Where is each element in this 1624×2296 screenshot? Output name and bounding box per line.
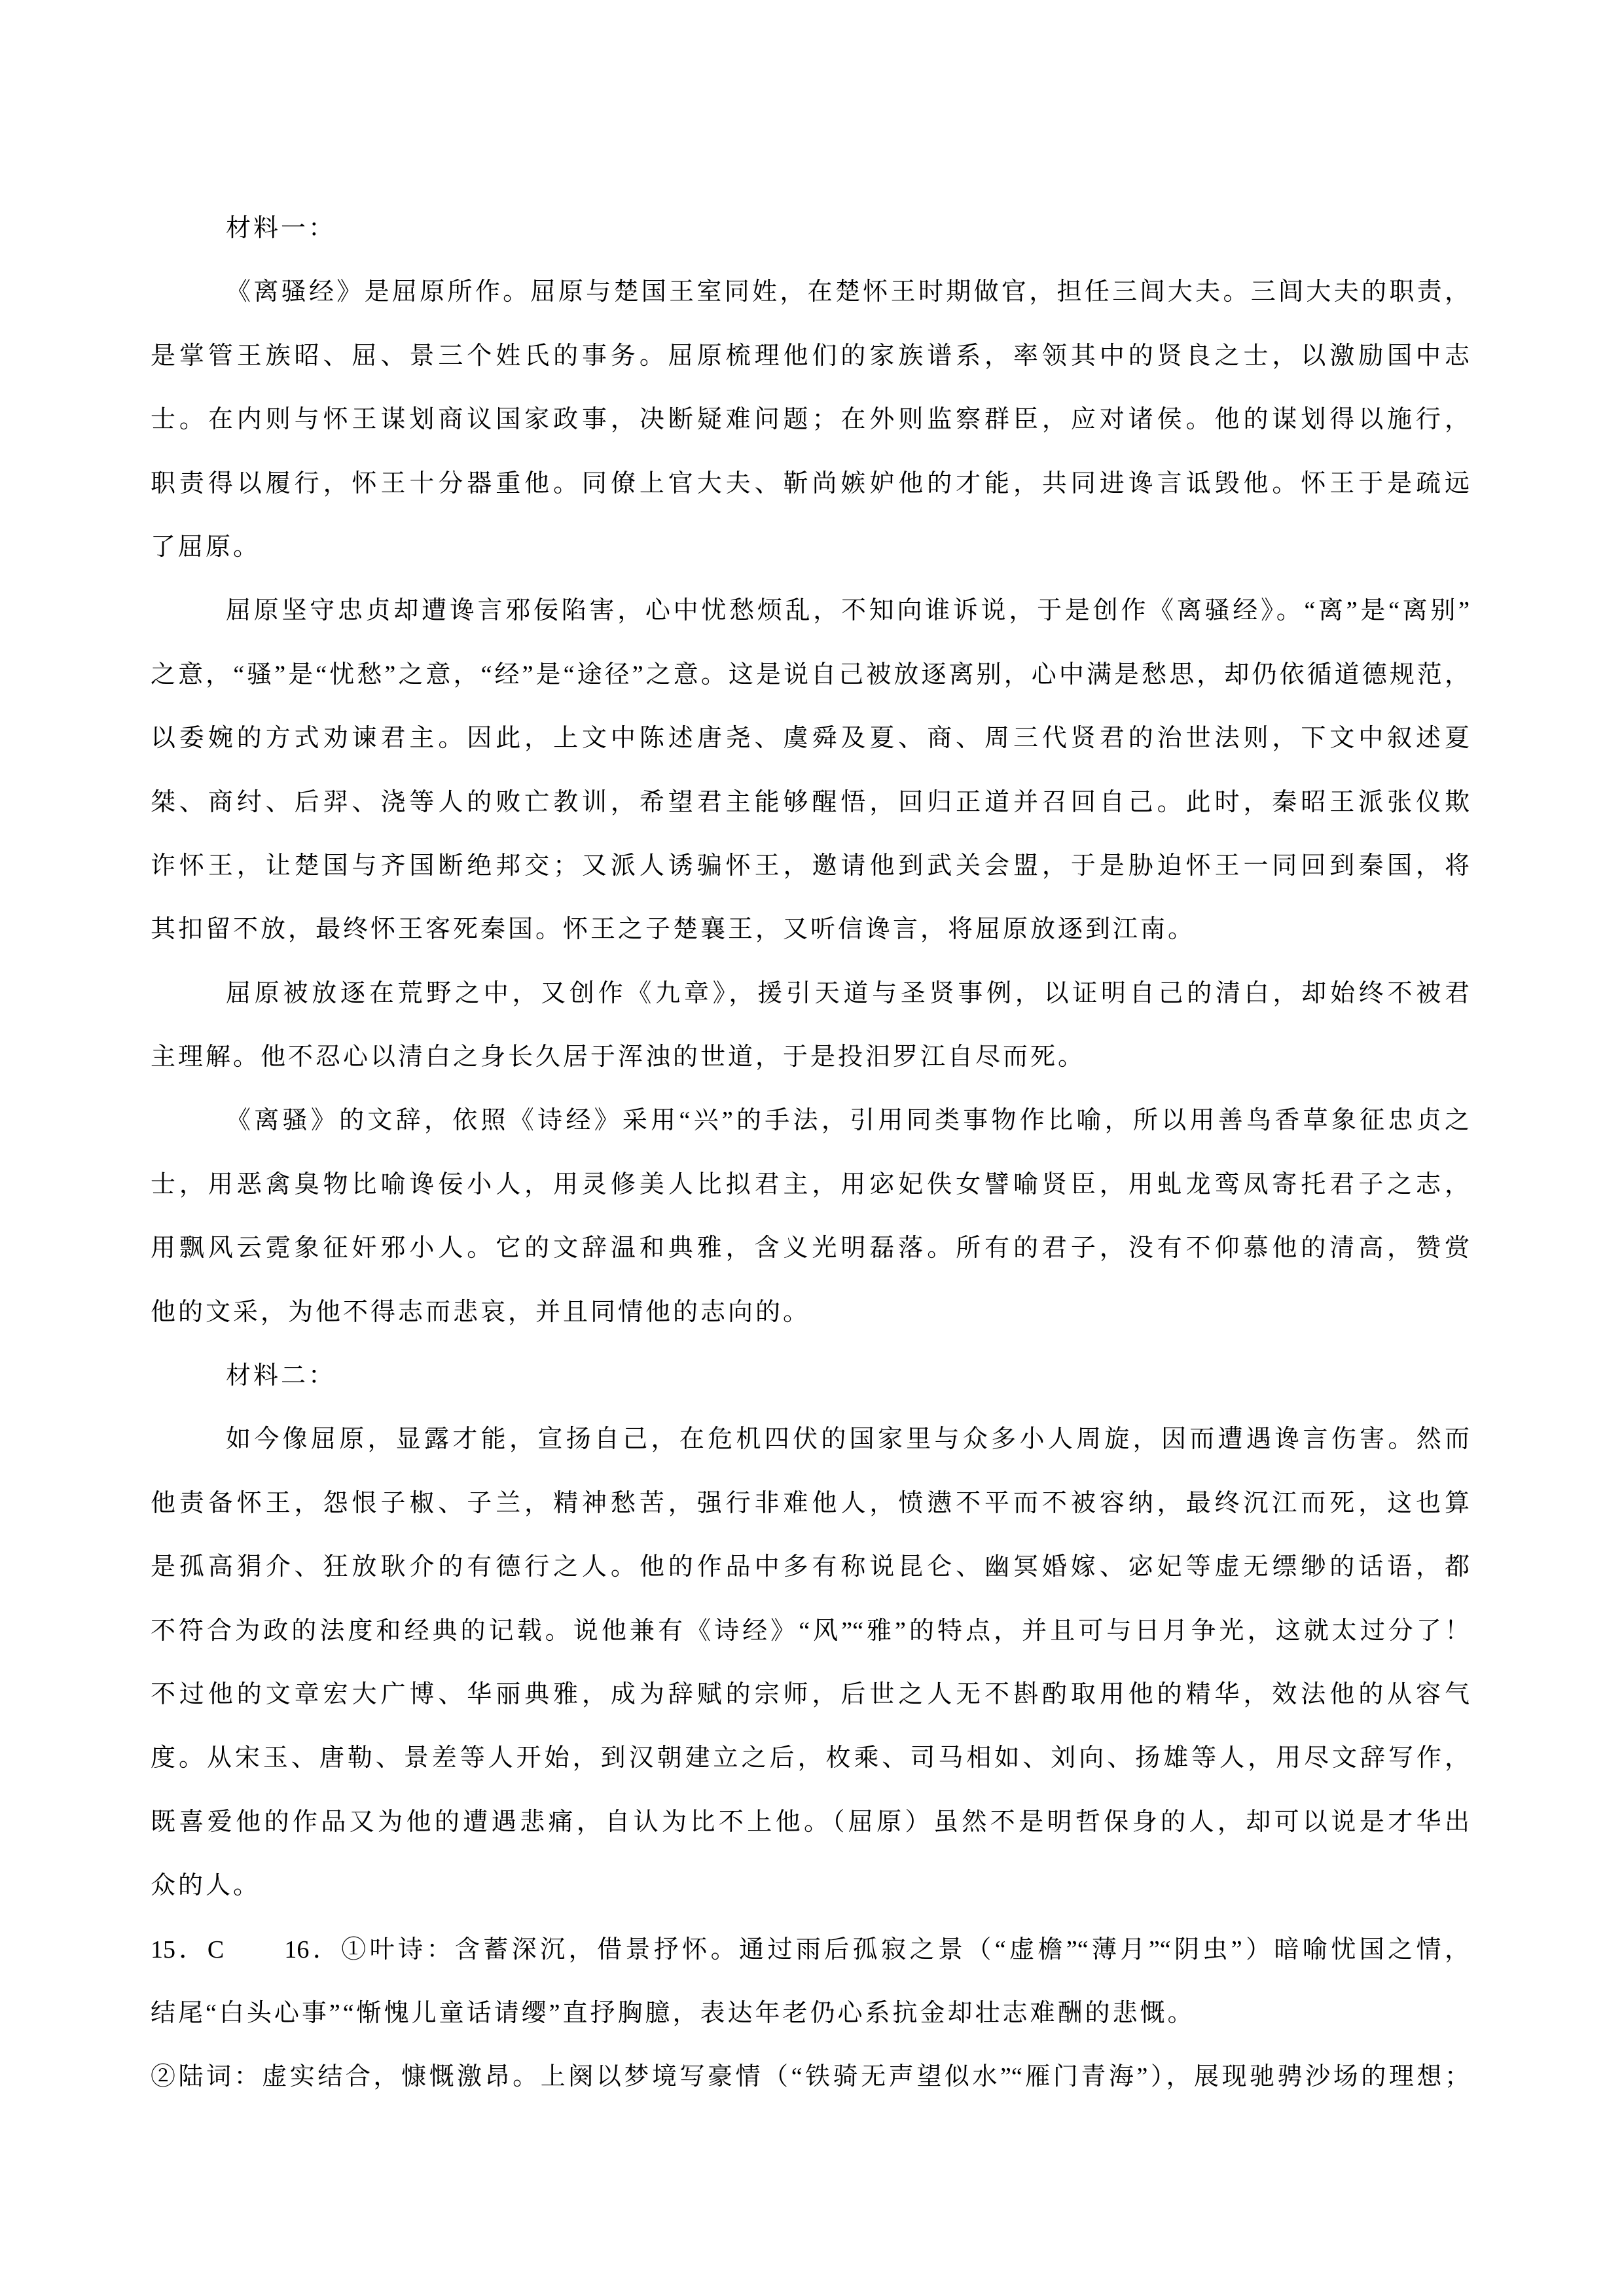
text-line: 士。在内则与怀王谋划商议国家政事，决断疑难问题；在外则监察群臣，应对诸侯。他的谋… bbox=[151, 388, 1470, 452]
text-line: 是掌管王族昭、屈、景三个姓氏的事务。屈原梳理他们的家族谱系，率领其中的贤良之士，… bbox=[151, 325, 1470, 388]
text-line: 以委婉的方式劝谏君主。因此，上文中陈述唐尧、虞舜及夏、商、周三代贤君的治世法则，… bbox=[151, 707, 1470, 770]
document-text-block: 材料一： 《离骚经》是屈原所作。屈原与楚国王室同姓，在楚怀王时期做官，担任三闾大… bbox=[151, 197, 1470, 2109]
document-page: 材料一： 《离骚经》是屈原所作。屈原与楚国王室同姓，在楚怀王时期做官，担任三闾大… bbox=[0, 0, 1624, 2296]
text-line: 他的文采，为他不得志而悲哀，并且同情他的志向的。 bbox=[151, 1281, 1470, 1344]
material-2-heading: 材料二： bbox=[151, 1344, 1470, 1408]
text-line: 不符合为政的法度和经典的记载。说他兼有《诗经》“风”“雅”的特点，并且可与日月争… bbox=[151, 1600, 1470, 1663]
answer-16-point-2: ②陆词：虚实结合，慷慨激昂。上阕以梦境写豪情（“铁骑无声望似水”“雁门青海”），… bbox=[151, 2045, 1470, 2109]
text-line: 不过他的文章宏大广博、华丽典雅，成为辞赋的宗师，后世之人无不斟酌取用他的精华，效… bbox=[151, 1663, 1470, 1727]
text-line: 职责得以履行，怀王十分器重他。同僚上官大夫、靳尚嫉妒他的才能，共同进谗言诋毁他。… bbox=[151, 452, 1470, 516]
text-line: 了屈原。 bbox=[151, 516, 1470, 579]
text-line: 众的人。 bbox=[151, 1854, 1470, 1918]
text-line: 是孤高狷介、狂放耿介的有德行之人。他的作品中多有称说昆仑、幽冥婚嫁、宓妃等虚无缥… bbox=[151, 1535, 1470, 1599]
text-line: 主理解。他不忍心以清白之身长久居于浑浊的世道，于是投汨罗江自尽而死。 bbox=[151, 1026, 1470, 1089]
text-line: 屈原被放逐在荒野之中，又创作《九章》，援引天道与圣贤事例，以证明自己的清白，却始… bbox=[151, 962, 1470, 1026]
text-line: 用飘风云霓象征奸邪小人。它的文辞温和典雅，含义光明磊落。所有的君子，没有不仰慕他… bbox=[151, 1217, 1470, 1280]
text-line: 度。从宋玉、唐勒、景差等人开始，到汉朝建立之后，枚乘、司马相如、刘向、扬雄等人，… bbox=[151, 1727, 1470, 1790]
answer-16-point-1-continuation: 结尾“白头心事”“惭愧儿童话请缨”直抒胸臆，表达年老仍心系抗金却壮志难酬的悲慨。 bbox=[151, 1982, 1470, 2045]
text-line: 屈原坚守忠贞却遭谗言邪佞陷害，心中忧愁烦乱，不知向谁诉说，于是创作《离骚经》。“… bbox=[151, 579, 1470, 643]
text-line: 之意，“骚”是“忧愁”之意，“经”是“途径”之意。这是说自己被放逐离别，心中满是… bbox=[151, 643, 1470, 707]
material-1-heading: 材料一： bbox=[151, 197, 1470, 260]
text-line: 士，用恶禽臭物比喻谗佞小人，用灵修美人比拟君主，用宓妃佚女譬喻贤臣，用虬龙鸾凤寄… bbox=[151, 1153, 1470, 1217]
text-line: 其扣留不放，最终怀王客死秦国。怀王之子楚襄王，又听信谗言，将屈原放逐到江南。 bbox=[151, 898, 1470, 961]
text-line: 桀、商纣、后羿、浇等人的败亡教训，希望君主能够醒悟，回归正道并召回自己。此时，秦… bbox=[151, 771, 1470, 834]
text-line: 如今像屈原，显露才能，宣扬自己，在危机四伏的国家里与众多小人周旋，因而遭遇谗言伤… bbox=[151, 1408, 1470, 1471]
text-line: 《离骚经》是屈原所作。屈原与楚国王室同姓，在楚怀王时期做官，担任三闾大夫。三闾大… bbox=[151, 260, 1470, 324]
text-line: 他责备怀王，怨恨子椒、子兰，精神愁苦，强行非难他人，愤懑不平而不被容纳，最终沉江… bbox=[151, 1472, 1470, 1535]
answers-line-15-16: 15．C 16．①叶诗：含蓄深沉，借景抒怀。通过雨后孤寂之景（“虚檐”“薄月”“… bbox=[151, 1918, 1470, 1982]
text-line: 既喜爱他的作品又为他的遭遇悲痛，自认为比不上他。（屈原）虽然不是明哲保身的人，却… bbox=[151, 1791, 1470, 1854]
text-line: 诈怀王，让楚国与齐国断绝邦交；又派人诱骗怀王，邀请他到武关会盟，于是胁迫怀王一同… bbox=[151, 834, 1470, 898]
text-line: 《离骚》的文辞，依照《诗经》采用“兴”的手法，引用同类事物作比喻，所以用善鸟香草… bbox=[151, 1089, 1470, 1153]
